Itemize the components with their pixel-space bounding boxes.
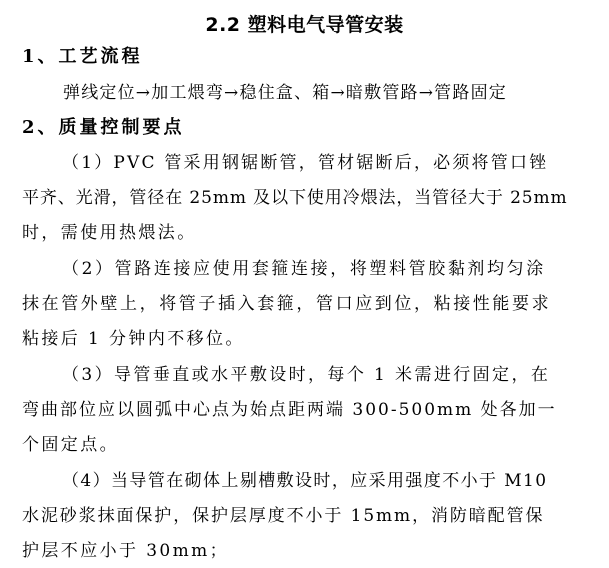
- section-heading-process: 1、工艺流程: [22, 47, 609, 67]
- paragraph-2-line-3: 粘接后 1 分钟内不移位。: [22, 329, 609, 349]
- paragraph-2-line-2: 抹在管外壁上，将管子插入套箍，管口应到位，粘接性能要求: [22, 294, 609, 314]
- paragraph-3-line-1: （3）导管垂直或水平敷设时，每个 1 米需进行固定，在: [62, 365, 609, 385]
- paragraph-4-line-3: 护层不应小于 30mm；: [22, 541, 609, 561]
- paragraph-4-line-2: 水泥砂浆抹面保护，保护层厚度不小于 15mm，消防暗配管保: [22, 506, 609, 526]
- section-heading-quality: 2、质量控制要点: [22, 118, 609, 138]
- paragraph-4-line-1: （4）当导管在砌体上剔槽敷设时，应采用强度不小于 M10: [62, 471, 609, 491]
- document-title: 2.2 塑料电气导管安装: [0, 10, 609, 37]
- paragraph-2-line-1: （2）管路连接应使用套箍连接，将塑料管胶黏剂均匀涂: [62, 259, 609, 279]
- paragraph-1-line-3: 时，需使用热煨法。: [22, 223, 609, 243]
- paragraph-1-line-1: （1）PVC 管采用钢锯断管，管材锯断后，必须将管口锉: [62, 153, 609, 173]
- paragraph-3-line-3: 个固定点。: [22, 435, 609, 455]
- paragraph-3-line-2: 弯曲部位应以圆弧中心点为始点距两端 300-500mm 处各加一: [22, 400, 609, 420]
- process-flow-line: 弹线定位→加工煨弯→稳住盒、箱→暗敷管路→管路固定: [63, 83, 609, 103]
- paragraph-1-line-2: 平齐、光滑，管径在 25mm 及以下使用冷煨法，当管径大于 25mm: [22, 188, 609, 208]
